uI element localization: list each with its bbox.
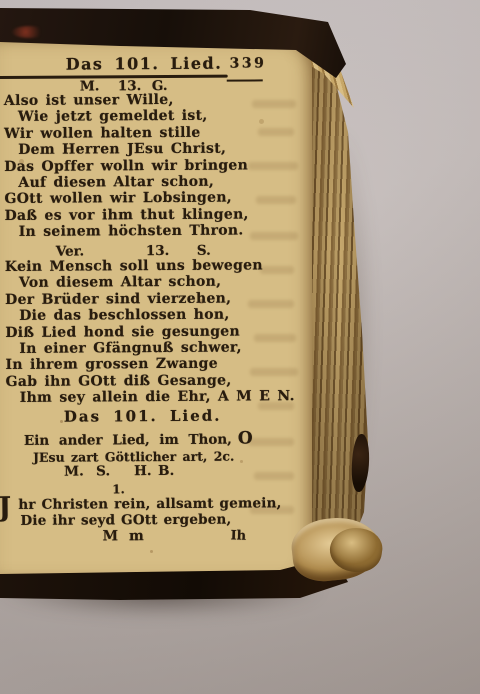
poem-line: Also ist unser Wille, xyxy=(4,91,248,109)
initial: H. xyxy=(134,463,152,479)
initial: S. xyxy=(96,463,110,479)
tune-line-1: Ein ander Lied, im Thon,O xyxy=(24,428,253,449)
poem-line: Dem Herren JEsu Christ, xyxy=(4,141,248,159)
page-number: 339 xyxy=(230,55,267,71)
verse-number: 1. xyxy=(112,482,125,496)
printed-page-text: Das 101. Lied. 339 M. 13. G. Also ist un… xyxy=(0,0,480,694)
poem-line: In einer Gfängnuß schwer, xyxy=(5,339,294,357)
poem-line: Von diesem Altar schon, xyxy=(5,274,294,292)
poem-line: Daß es vor ihm thut klingen, xyxy=(5,206,249,224)
stanza-1: Also ist unser Wille, Wie jetzt gemeldet… xyxy=(4,91,249,240)
poem-line: Der Brüder sind vierzehen, xyxy=(5,290,294,308)
poem-line: Diß Lied hond sie gesungen xyxy=(5,323,294,341)
tune-intro: Ein ander Lied, im Thon, xyxy=(24,432,232,449)
poem-line: Ihm sey allein die Ehr, A M E N. xyxy=(6,388,295,406)
poem-line: Wie jetzt gemeldet ist, xyxy=(4,108,248,126)
poem-line: hr Christen rein, allsamt gemein, xyxy=(18,495,281,513)
photo-background: Das 101. Lied. 339 M. 13. G. Also ist un… xyxy=(0,0,480,694)
poem-line: In ihrem grossen Zwange xyxy=(5,356,294,374)
verse-heading-part: 13. xyxy=(146,243,170,259)
poem-line: Die das beschlossen hon, xyxy=(5,306,294,324)
initial: M. xyxy=(64,463,84,479)
poem-line: Auf diesen Altar schon, xyxy=(4,174,248,192)
signature-mark: M m xyxy=(102,528,146,544)
tune-title-initial: O xyxy=(238,428,253,448)
poem-line: Die ihr seyd GOtt ergeben, xyxy=(20,512,231,529)
drop-cap-initial: J xyxy=(0,494,11,521)
poem-line: Das Opffer wolln wir bringen xyxy=(4,157,248,175)
next-hymn-heading: Das 101. Lied. xyxy=(64,407,222,426)
poem-line: In seinem höchsten Thron. xyxy=(5,223,249,241)
verse-heading-part: S. xyxy=(197,243,211,259)
poem-line: Wir wollen halten stille xyxy=(4,124,248,142)
poem-line: Gab ihn GOtt diß Gesange, xyxy=(6,372,295,390)
initial: B. xyxy=(158,463,174,479)
stanza-2: Kein Mensch soll uns bewegen Von diesem … xyxy=(5,257,295,406)
poem-line: GOtt wollen wir Lobsingen, xyxy=(4,190,248,208)
running-title: Das 101. Lied. xyxy=(66,54,223,74)
verse-heading-part: Ver. xyxy=(56,243,85,259)
poem-line: Kein Mensch soll uns bewegen xyxy=(5,257,294,275)
catchword: Ih xyxy=(230,528,246,543)
author-initials: M. S. H. B. xyxy=(2,463,222,480)
